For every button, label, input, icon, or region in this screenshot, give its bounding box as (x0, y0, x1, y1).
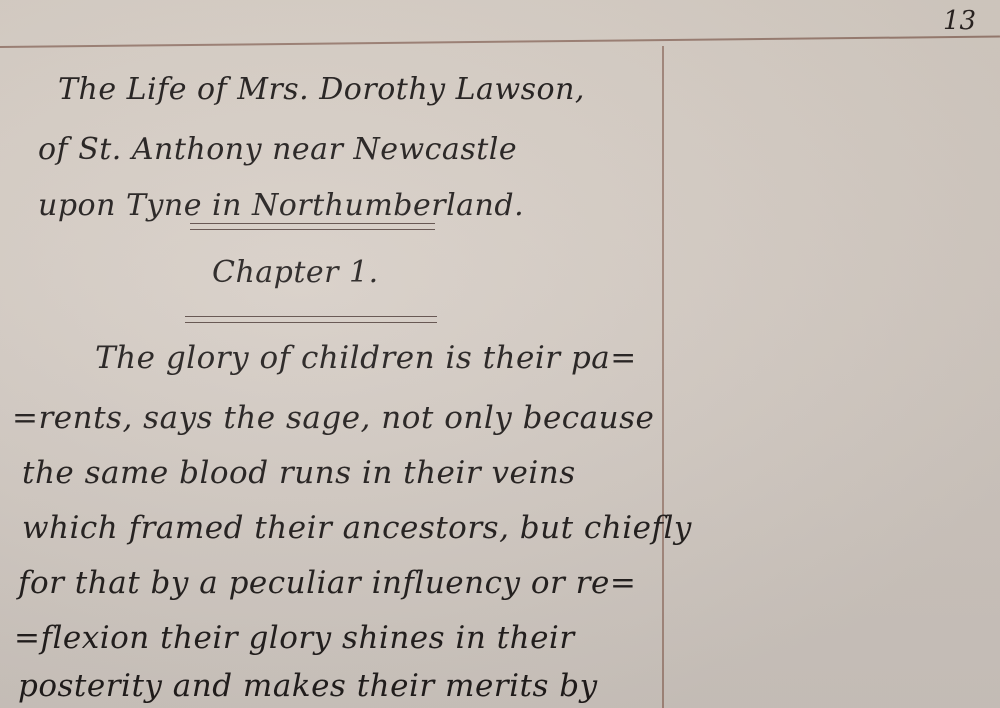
body-line-2: =rents, says the sage, not only because (12, 400, 654, 436)
manuscript-page: 13 The Life of Mrs. Dorothy Lawson, of S… (0, 0, 1000, 708)
title-line-1: The Life of Mrs. Dorothy Lawson, (58, 72, 585, 107)
body-line-6: =flexion their glory shines in their (14, 620, 575, 656)
body-line-3: the same blood runs in their veins (22, 455, 576, 491)
chapter-underline (185, 316, 437, 323)
title-underline (190, 223, 435, 230)
title-line-3: upon Tyne in Northumberland. (38, 188, 524, 223)
title-line-2: of St. Anthony near Newcastle (38, 132, 517, 167)
top-margin-rule (0, 36, 1000, 48)
chapter-heading: Chapter 1. (212, 255, 379, 290)
body-line-4: which framed their ancestors, but chiefl… (22, 510, 692, 546)
column-margin-rule (662, 46, 664, 708)
body-line-7: posterity and makes their merits by (18, 668, 598, 704)
body-line-1: The glory of children is their pa= (95, 340, 637, 376)
body-line-5: for that by a peculiar influency or re= (18, 565, 636, 601)
page-number: 13 (943, 6, 976, 36)
